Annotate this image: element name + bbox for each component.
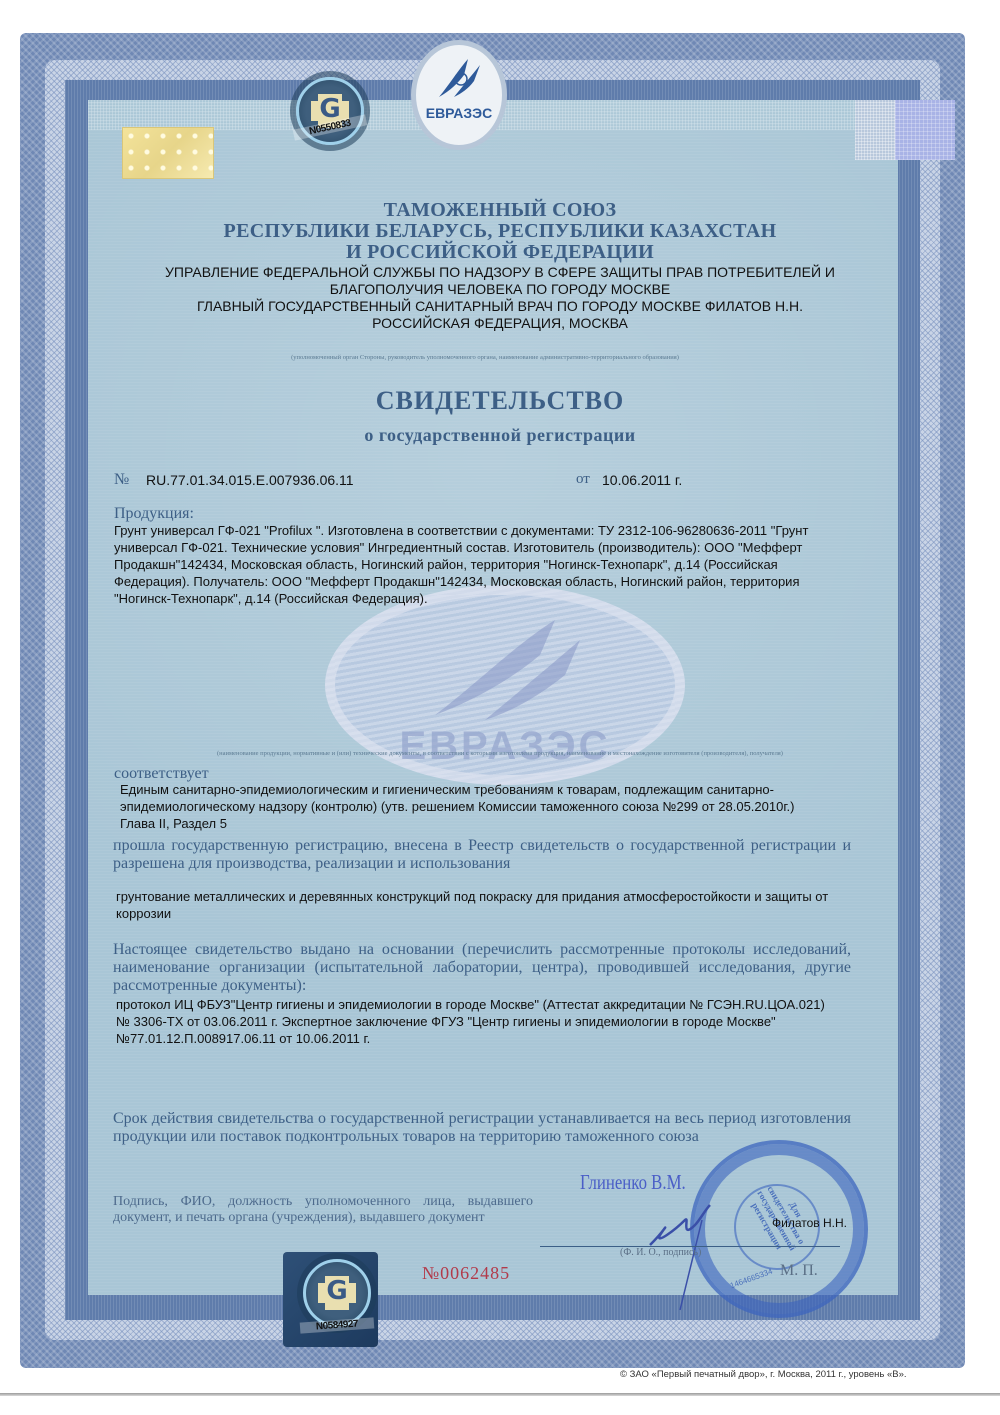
- agency-line3: ГЛАВНЫЙ ГОСУДАРСТВЕННЫЙ САНИТАРНЫЙ ВРАЧ …: [100, 298, 900, 314]
- scan-edge-line: [0, 1393, 1000, 1396]
- hologram-security-mark-icon: G N0550833: [296, 77, 364, 145]
- signature-caption: (Ф. И. О., подпись): [620, 1247, 701, 1258]
- agency-line2: БЛАГОПОЛУЧИЯ ЧЕЛОВЕКА ПО ГОРОДУ МОСКВЕ: [100, 281, 900, 297]
- usage-scope: грунтование металлических и деревянных к…: [116, 888, 846, 922]
- evrazes-swoosh-icon: [434, 55, 484, 105]
- handwritten-signature-icon: [640, 1200, 750, 1320]
- hologram-security-mark-icon: G N0584927: [303, 1259, 371, 1327]
- product-description: Грунт универсал ГФ-021 "Profilux ". Изго…: [114, 522, 849, 607]
- form-serial-number: №0062485: [422, 1263, 510, 1284]
- stamped-name: Глиненко В.М.: [580, 1170, 686, 1195]
- basis-documents: протокол ИЦ ФБУЗ"Центр гигиены и эпидеми…: [116, 996, 836, 1047]
- emblem-label: ЕВРАЗЭС: [416, 105, 502, 121]
- registration-number: RU.77.01.34.015.E.007936.06.11: [146, 472, 354, 489]
- union-title-line1: ТАМОЖЕННЫЙ СОЮЗ: [100, 199, 900, 222]
- evrazes-watermark-swoosh-icon: [425, 615, 585, 725]
- document-title: СВИДЕТЕЛЬСТВО: [100, 386, 900, 416]
- compliance-requirements: Единым санитарно-эпидемиологическим и ги…: [120, 781, 820, 832]
- evrazes-emblem-icon: ЕВРАЗЭС: [411, 40, 507, 150]
- grid-security-patch: [855, 100, 895, 160]
- authority-caption: (уполномоченный орган Стороны, руководит…: [175, 354, 795, 361]
- union-title-line3: И РОССИЙСКОЙ ФЕДЕРАЦИИ: [100, 241, 900, 264]
- date-label: от: [576, 471, 590, 488]
- product-caption: (наименование продукции, нормативные и (…: [115, 750, 885, 757]
- signature-label: Подпись, ФИО, должность уполномоченного …: [113, 1194, 533, 1226]
- agency-line1: УПРАВЛЕНИЕ ФЕДЕРАЛЬНОЙ СЛУЖБЫ ПО НАДЗОРУ…: [100, 264, 900, 280]
- validity-statement: Срок действия свидетельства о государств…: [113, 1110, 851, 1146]
- printer-copyright: © ЗАО «Первый печатный двор», г. Москва,…: [620, 1369, 907, 1380]
- number-label: №: [114, 471, 129, 489]
- document-subtitle: о государственной регистрации: [100, 425, 900, 446]
- product-label: Продукция:: [114, 505, 194, 523]
- registration-date: 10.06.2011 г.: [602, 472, 682, 489]
- union-title-line2: РЕСПУБЛИКИ БЕЛАРУСЬ, РЕСПУБЛИКИ КАЗАХСТА…: [100, 220, 900, 243]
- registry-statement: прошла государственную регистрацию, внес…: [113, 837, 851, 873]
- lilac-security-patch: [895, 100, 955, 160]
- agency-line4: РОССИЙСКАЯ ФЕДЕРАЦИЯ, МОСКВА: [100, 315, 900, 331]
- seal-place-mark: М. П.: [780, 1262, 818, 1280]
- signatory-name: Филатов Н.Н.: [772, 1216, 847, 1230]
- basis-statement: Настоящее свидетельство выдано на основа…: [113, 941, 851, 995]
- gold-foil-security-patch: [122, 127, 214, 179]
